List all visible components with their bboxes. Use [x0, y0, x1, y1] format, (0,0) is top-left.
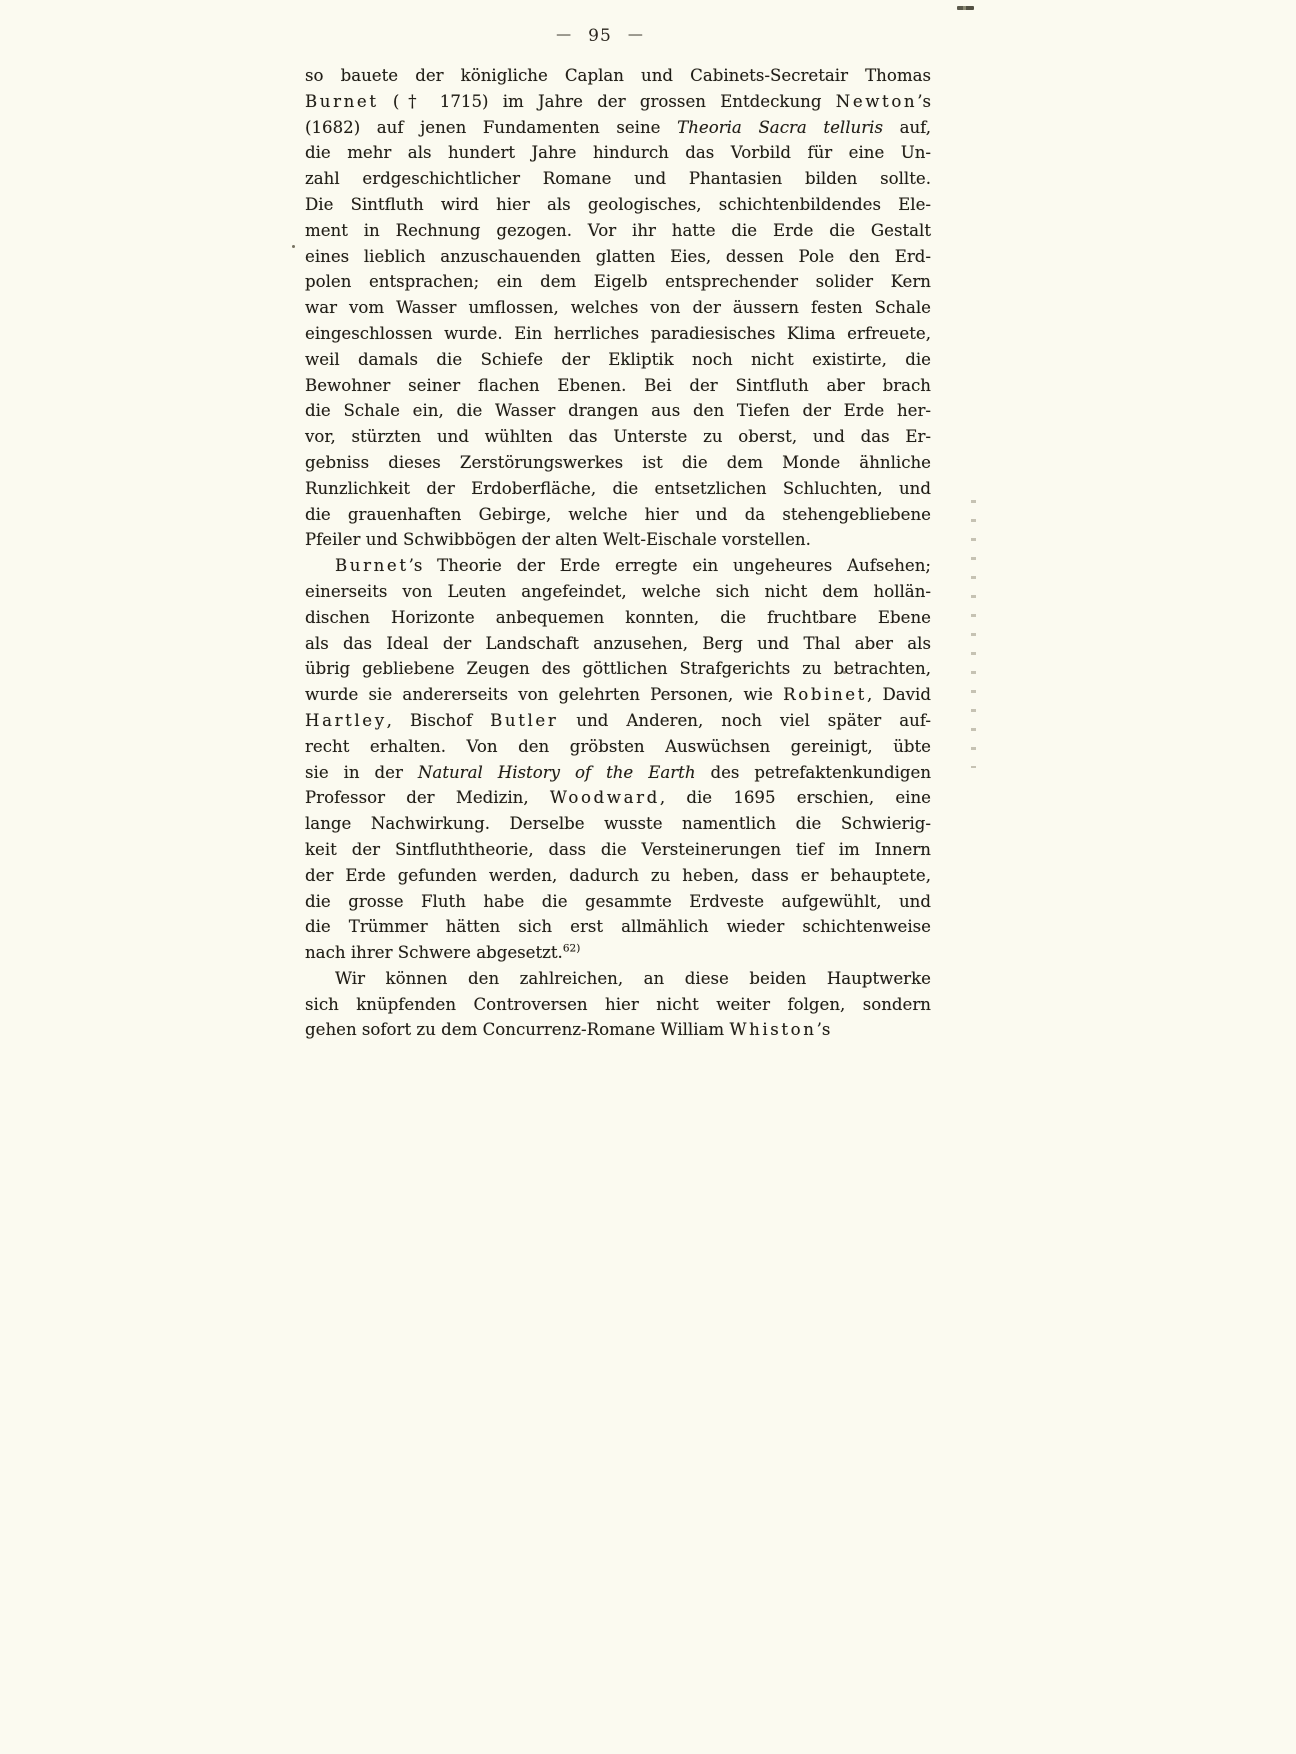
text-line: der Erde gefunden werden, dadurch zu heb… — [305, 863, 931, 889]
text-line: die Schale ein, die Wasser drangen aus d… — [305, 398, 931, 424]
text-segment: zahl erdgeschichtlicher Romane und Phant… — [305, 169, 931, 188]
text-line: übrig gebliebene Zeugen des göttlichen S… — [305, 656, 931, 682]
text-segment: ’s Theorie der Erde erregte ein ungeheur… — [409, 556, 931, 575]
text-segment: Woodward — [550, 788, 660, 807]
text-segment: Theoria Sacra telluris — [677, 118, 883, 137]
text-line: war vom Wasser umflossen, welches von de… — [305, 295, 931, 321]
text-line: sie in der Natural History of the Earth … — [305, 760, 931, 786]
text-segment: Burnet — [335, 556, 409, 575]
text-line: als das Ideal der Landschaft anzusehen, … — [305, 631, 931, 657]
text-segment: Bewohner seiner flachen Ebenen. Bei der … — [305, 376, 931, 395]
text-line: Burnet († 1715) im Jahre der grossen Ent… — [305, 89, 931, 115]
text-segment: ment in Rechnung gezogen. Vor ihr hatte … — [305, 221, 931, 240]
text-segment: die Schale ein, die Wasser drangen aus d… — [305, 401, 931, 420]
text-line: Bewohner seiner flachen Ebenen. Bei der … — [305, 373, 931, 399]
text-segment: die grauenhaften Gebirge, welche hier un… — [305, 505, 931, 524]
text-line: die mehr als hundert Jahre hindurch das … — [305, 140, 931, 166]
text-line: einerseits von Leuten angefeindet, welch… — [305, 579, 931, 605]
text-segment: (1682) auf jenen Fundamenten seine — [305, 118, 677, 137]
text-line: so bauete der königliche Caplan und Cabi… — [305, 63, 931, 89]
text-segment: gebniss dieses Zerstörungswerkes ist die… — [305, 453, 931, 472]
text-line: gehen sofort zu dem Concurrenz-Romane Wi… — [305, 1017, 931, 1043]
text-line: die Trümmer hätten sich erst allmählich … — [305, 914, 931, 940]
text-segment: die Trümmer hätten sich erst allmählich … — [305, 917, 931, 936]
text-segment: 62) — [563, 943, 580, 955]
text-segment: gehen sofort zu dem Concurrenz-Romane Wi… — [305, 1020, 729, 1039]
text-segment: Newton — [836, 92, 918, 111]
text-line: keit der Sintfluththeorie, dass die Vers… — [305, 837, 931, 863]
text-segment: Burnet — [305, 92, 379, 111]
scan-artifact-corner-mark — [957, 6, 974, 10]
text-line: eingeschlossen wurde. Ein herrliches par… — [305, 321, 931, 347]
page-number: 95 — [588, 26, 612, 46]
text-segment: die grosse Fluth habe die gesammte Erdve… — [305, 892, 931, 911]
text-line: Professor der Medizin, Woodward, die 169… — [305, 785, 931, 811]
text-segment: einerseits von Leuten angefeindet, welch… — [305, 582, 931, 601]
text-line: Wir können den zahlreichen, an diese bei… — [305, 966, 931, 992]
text-line: Die Sintfluth wird hier als geologisches… — [305, 192, 931, 218]
scan-artifact-margin-bleed — [971, 500, 976, 768]
text-segment: recht erhalten. Von den gröbsten Auswüch… — [305, 737, 931, 756]
text-segment: ’s — [817, 1020, 831, 1039]
text-segment: keit der Sintfluththeorie, dass die Vers… — [305, 840, 931, 859]
text-segment: dischen Horizonte anbequemen konnten, di… — [305, 608, 931, 627]
text-segment: vor, stürzten und wühlten das Unterste z… — [305, 427, 931, 446]
text-line: (1682) auf jenen Fundamenten seine Theor… — [305, 115, 931, 141]
text-line: lange Nachwirkung. Derselbe wusste namen… — [305, 811, 931, 837]
text-segment: († 1715) im Jahre der grossen Entdeckung — [379, 92, 836, 111]
text-line: ment in Rechnung gezogen. Vor ihr hatte … — [305, 218, 931, 244]
scan-artifact-dot — [843, 671, 846, 674]
text-segment: Die Sintfluth wird hier als geologisches… — [305, 195, 931, 214]
text-segment: sie in der — [305, 763, 418, 782]
text-segment: lange Nachwirkung. Derselbe wusste namen… — [305, 814, 931, 833]
text-segment: und Anderen, noch viel später auf- — [558, 711, 931, 730]
text-line: polen entsprachen; ein dem Eigelb entspr… — [305, 269, 931, 295]
text-line: gebniss dieses Zerstörungswerkes ist die… — [305, 450, 931, 476]
text-segment: , David — [867, 685, 931, 704]
text-segment: Whiston — [729, 1020, 816, 1039]
page-number-dash-left: — — [556, 25, 572, 43]
text-segment: eines lieblich anzuschauenden glatten Ei… — [305, 247, 931, 266]
text-segment: Butler — [490, 711, 558, 730]
text-segment: Wir können den zahlreichen, an diese bei… — [335, 969, 931, 988]
text-segment: polen entsprachen; ein dem Eigelb entspr… — [305, 272, 931, 291]
text-segment: Hartley — [305, 711, 387, 730]
text-line: recht erhalten. Von den gröbsten Auswüch… — [305, 734, 931, 760]
text-segment: Natural History of the Earth — [418, 763, 696, 782]
text-line: wurde sie andererseits von gelehrten Per… — [305, 682, 931, 708]
text-segment: , die 1695 erschien, eine — [660, 788, 931, 807]
text-segment: als das Ideal der Landschaft anzusehen, … — [305, 634, 931, 653]
text-line: eines lieblich anzuschauenden glatten Ei… — [305, 244, 931, 270]
text-line: Hartley, Bischof Butler und Anderen, noc… — [305, 708, 931, 734]
text-segment: des petrefaktenkundigen — [696, 763, 932, 782]
text-segment: weil damals die Schiefe der Ekliptik noc… — [305, 350, 931, 369]
text-segment: ’s — [917, 92, 931, 111]
text-segment: der Erde gefunden werden, dadurch zu heb… — [305, 866, 931, 885]
text-line: weil damals die Schiefe der Ekliptik noc… — [305, 347, 931, 373]
text-segment: Runzlichkeit der Erdoberfläche, die ents… — [305, 479, 931, 498]
text-line: nach ihrer Schwere abgesetzt.62) — [305, 940, 931, 966]
text-segment: Professor der Medizin, — [305, 788, 550, 807]
text-segment: auf, — [883, 118, 931, 137]
text-line: sich knüpfenden Controversen hier nicht … — [305, 992, 931, 1018]
text-line: die grosse Fluth habe die gesammte Erdve… — [305, 889, 931, 915]
text-line: die grauenhaften Gebirge, welche hier un… — [305, 502, 931, 528]
text-segment: nach ihrer Schwere abgesetzt. — [305, 943, 563, 962]
text-line: vor, stürzten und wühlten das Unterste z… — [305, 424, 931, 450]
text-segment: so bauete der königliche Caplan und Cabi… — [305, 66, 931, 85]
text-line: zahl erdgeschichtlicher Romane und Phant… — [305, 166, 931, 192]
text-segment: eingeschlossen wurde. Ein herrliches par… — [305, 324, 931, 343]
text-segment: Robinet — [783, 685, 867, 704]
text-segment: war vom Wasser umflossen, welches von de… — [305, 298, 931, 317]
text-block: so bauete der königliche Caplan und Cabi… — [305, 63, 931, 1043]
text-segment: übrig gebliebene Zeugen des göttlichen S… — [305, 659, 931, 678]
text-segment: wurde sie andererseits von gelehrten Per… — [305, 685, 783, 704]
text-line: dischen Horizonte anbequemen konnten, di… — [305, 605, 931, 631]
page-header: —95— — [305, 26, 895, 46]
scanned-book-page: —95— so bauete der königliche Caplan und… — [0, 0, 1296, 1754]
text-segment: sich knüpfenden Controversen hier nicht … — [305, 995, 931, 1014]
text-line: Pfeiler und Schwibbögen der alten Welt-E… — [305, 527, 931, 553]
scan-artifact-dot — [292, 245, 295, 248]
text-segment: Pfeiler und Schwibbögen der alten Welt-E… — [305, 530, 811, 549]
page-number-dash-right: — — [628, 25, 644, 43]
text-segment: , Bischof — [387, 711, 490, 730]
text-segment: die mehr als hundert Jahre hindurch das … — [305, 143, 931, 162]
text-line: Runzlichkeit der Erdoberfläche, die ents… — [305, 476, 931, 502]
text-line: Burnet’s Theorie der Erde erregte ein un… — [305, 553, 931, 579]
